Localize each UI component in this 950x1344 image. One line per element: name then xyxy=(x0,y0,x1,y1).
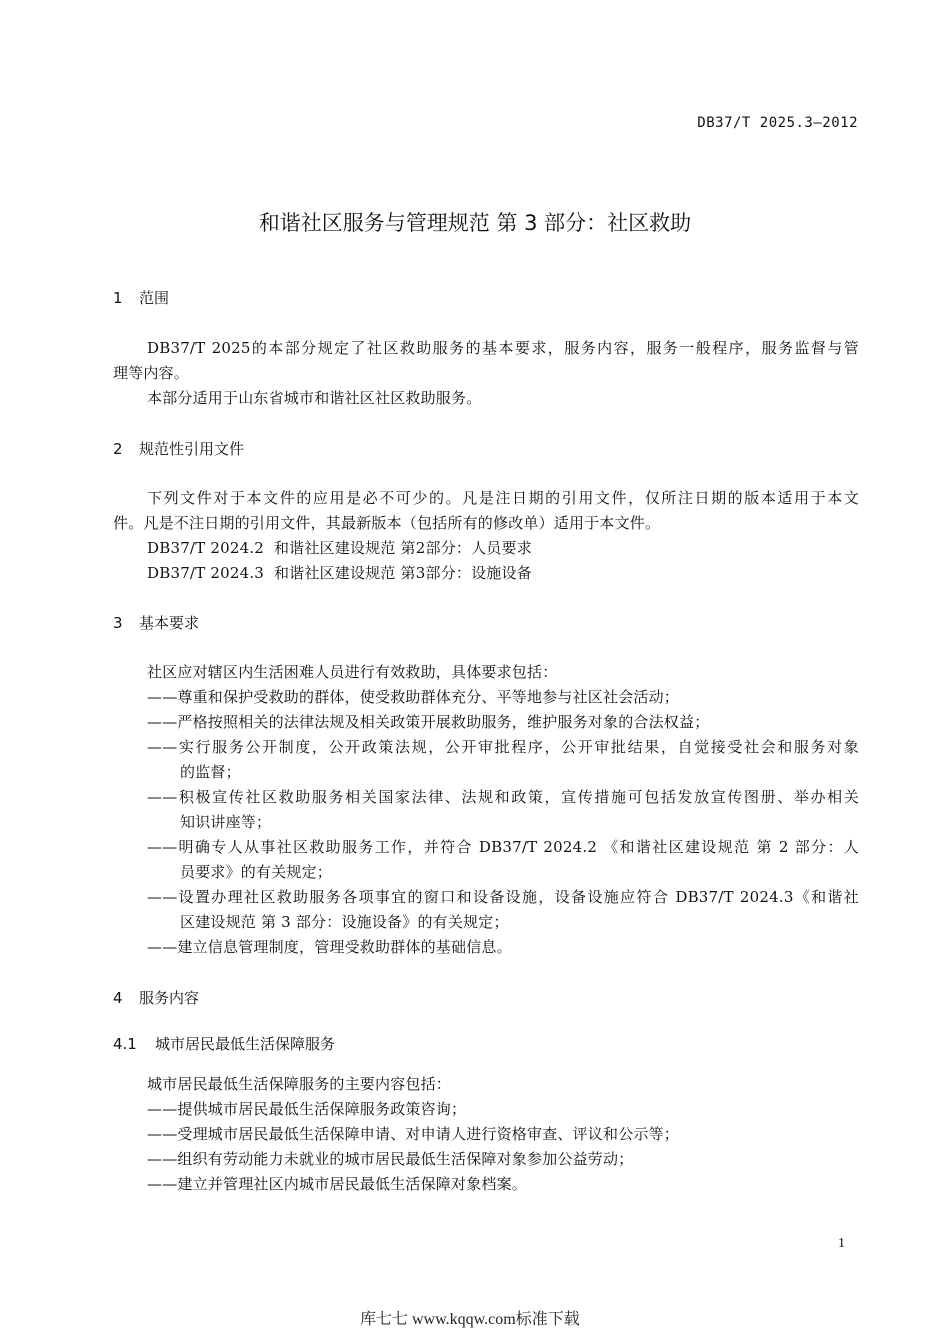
document-page: DB37/T 2025.3—2012 和谐社区服务与管理规范 第 3 部分：社区… xyxy=(0,0,950,1344)
list-item: ——建立信息管理制度，管理受救助群体的基础信息。 xyxy=(147,937,512,957)
document-title: 和谐社区服务与管理规范 第 3 部分：社区救助 xyxy=(0,208,950,238)
paragraph-line: 本部分适用于山东省城市和谐社区社区救助服务。 xyxy=(147,388,481,408)
section-number: 4 xyxy=(113,988,139,1008)
list-item: ——明确专人从事社区救助服务工作，并符合 DB37/T 2024.2 《和谐社区… xyxy=(147,837,859,857)
section-title: 服务内容 xyxy=(139,989,199,1007)
paragraph-line: 件。凡是不注日期的引用文件，其最新版本（包括所有的修改单）适用于本文件。 xyxy=(113,513,660,533)
section-number: 4.1 xyxy=(113,1034,155,1054)
section-heading-2: 2规范性引用文件 xyxy=(113,439,244,459)
footer-watermark: 库七七 www.kqqw.com标准下载 xyxy=(360,1306,580,1329)
standard-code: DB37/T 2025.3—2012 xyxy=(697,115,858,131)
list-item: ——建立并管理社区内城市居民最低生活保障对象档案。 xyxy=(147,1174,527,1194)
list-item-continuation: 的监督； xyxy=(180,762,241,782)
section-title: 城市居民最低生活保障服务 xyxy=(155,1035,335,1053)
list-item-continuation: 区建设规范 第 3 部分：设施设备》的有关规定； xyxy=(180,912,509,932)
list-item: ——严格按照相关的法律法规及相关政策开展救助服务，维护服务对象的合法权益； xyxy=(147,712,709,732)
list-item: ——尊重和保护受救助的群体，使受救助群体充分、平等地参与社区社会活动； xyxy=(147,687,679,707)
paragraph-line: 社区应对辖区内生活困难人员进行有效救助，具体要求包括： xyxy=(147,662,557,682)
paragraph-line: 下列文件对于本文件的应用是必不可少的。凡是注日期的引用文件，仅所注日期的版本适用… xyxy=(147,488,859,508)
list-item: ——提供城市居民最低生活保障服务政策咨询； xyxy=(147,1099,466,1119)
list-item: ——积极宣传社区救助服务相关国家法律、法规和政策，宣传措施可包括发放宣传图册、举… xyxy=(147,787,859,807)
list-item: ——受理城市居民最低生活保障申请、对申请人进行资格审查、评议和公示等； xyxy=(147,1124,679,1144)
section-title: 范围 xyxy=(139,289,169,307)
section-number: 1 xyxy=(113,288,139,308)
list-item: ——设置办理社区救助服务各项事宜的窗口和设备设施，设备设施应符合 DB37/T … xyxy=(147,887,859,907)
section-heading-1: 1范围 xyxy=(113,288,169,308)
list-item: ——组织有劳动能力未就业的城市居民最低生活保障对象参加公益劳动； xyxy=(147,1149,633,1169)
section-number: 3 xyxy=(113,613,139,633)
paragraph-line: DB37/T 2025的本部分规定了社区救助服务的基本要求，服务内容，服务一般程… xyxy=(147,338,859,358)
list-item-continuation: 员要求》的有关规定； xyxy=(180,862,332,882)
section-heading-4: 4服务内容 xyxy=(113,988,199,1008)
paragraph-line: 城市居民最低生活保障服务的主要内容包括： xyxy=(147,1074,451,1094)
reference-item: DB37/T 2024.3 和谐社区建设规范 第3部分：设施设备 xyxy=(147,563,532,583)
section-title: 基本要求 xyxy=(139,614,199,632)
section-title: 规范性引用文件 xyxy=(139,440,244,458)
list-item: ——实行服务公开制度，公开政策法规，公开审批程序，公开审批结果，自觉接受社会和服… xyxy=(147,737,859,757)
section-number: 2 xyxy=(113,439,139,459)
page-number: 1 xyxy=(838,1236,845,1252)
section-heading-4-1: 4.1城市居民最低生活保障服务 xyxy=(113,1034,335,1054)
reference-item: DB37/T 2024.2 和谐社区建设规范 第2部分：人员要求 xyxy=(147,538,532,558)
list-item-continuation: 知识讲座等； xyxy=(180,812,271,832)
paragraph-line: 理等内容。 xyxy=(113,363,189,383)
section-heading-3: 3基本要求 xyxy=(113,613,199,633)
